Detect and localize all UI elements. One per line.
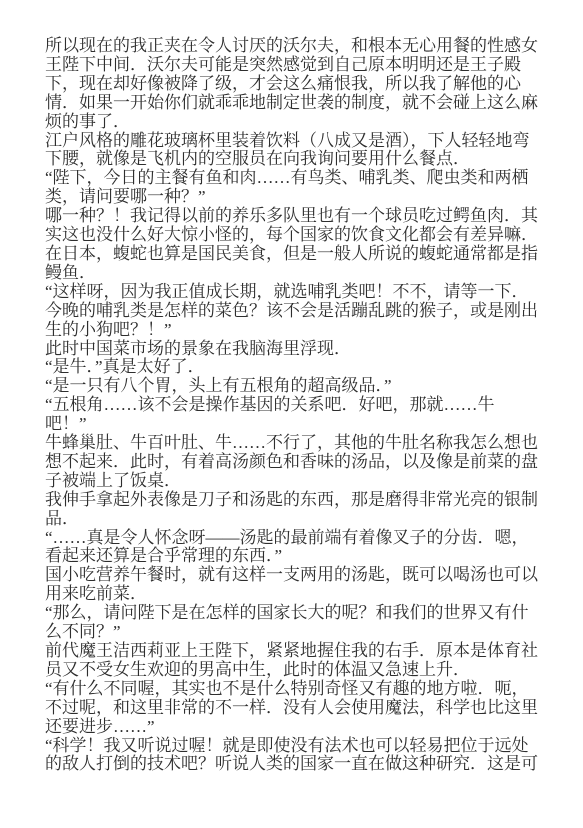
text-line: 前代魔王洁西莉亚上王陛下，紧紧地握住我的右手．原本是体育社 [45, 642, 547, 661]
text-line: “……真是令人怀念呀——汤匙的最前端有着像叉子的分齿．嗯， [45, 529, 547, 548]
text-line: 下腰，就像是飞机内的空服员在向我询问要用什么餐点． [45, 150, 547, 169]
text-line: 吧！” [45, 415, 547, 434]
text-line: 在日本，蝮蛇也算是国民美食，但是一般人所说的蝮蛇通常都是指 [45, 245, 547, 264]
text-line: 今晚的哺乳类是怎样的菜色？该不会是活蹦乱跳的猴子，或是刚出 [45, 302, 547, 321]
book-page: 所以现在的我正夹在令人讨厌的沃尔夫，和根本无心用餐的性感女王陛下中间．沃尔夫可能… [0, 0, 583, 828]
text-line: 么不同？” [45, 623, 547, 642]
text-line: 王陛下中间．沃尔夫可能是突然感觉到自己原本明明还是王子殿 [45, 56, 547, 75]
text-line: 此时中国菜市场的景象在我脑海里浮现． [45, 340, 547, 359]
text-line: “是牛．”真是太好了． [45, 358, 547, 377]
text-line: “有什么不同喔，其实也不是什么特别奇怪又有趣的地方啦．呃， [45, 680, 547, 699]
text-line: 烦的事了． [45, 113, 547, 132]
text-line: 用来吃前菜． [45, 585, 547, 604]
text-line: 哪一种？！我记得以前的养乐多队里也有一个球员吃过鳄鱼肉．其 [45, 207, 547, 226]
text-line: 看起来还算是合乎常理的东西．” [45, 547, 547, 566]
text-line: “科学！我又听说过喔！就是即使没有法术也可以轻易把位于远处 [45, 737, 547, 756]
text-line: “这样呀，因为我正值成长期，就选哺乳类吧！不不，请等一下． [45, 283, 547, 302]
text-block: 所以现在的我正夹在令人讨厌的沃尔夫，和根本无心用餐的性感女王陛下中间．沃尔夫可能… [45, 37, 547, 774]
text-line: 想不起来．此时，有着高汤颜色和香味的汤品，以及像是前菜的盘 [45, 453, 547, 472]
text-line: 鳗鱼． [45, 264, 547, 283]
text-line: 牛蜂巢肚、牛百叶肚、牛……不行了，其他的牛肚名称我怎么想也 [45, 434, 547, 453]
text-line: “五根角……该不会是操作基因的关系吧．好吧，那就……牛 [45, 396, 547, 415]
text-line: “是一只有八个胃，头上有五根角的超高级品．” [45, 377, 547, 396]
text-line: 生的小狗吧？！” [45, 321, 547, 340]
text-line: 国小吃营养午餐时，就有这样一支两用的汤匙，既可以喝汤也可以 [45, 566, 547, 585]
text-line: 员又不受女生欢迎的男高中生，此时的体温又急速上升． [45, 661, 547, 680]
text-line: 情．如果一开始你们就乖乖地制定世袭的制度，就不会碰上这么麻 [45, 94, 547, 113]
text-line: 下，现在却好像被降了级，才会这么痛恨我，所以我了解他的心 [45, 75, 547, 94]
text-line: 类，请问要哪一种？” [45, 188, 547, 207]
text-line: “那么，请问陛下是在怎样的国家长大的呢？和我们的世界又有什 [45, 604, 547, 623]
text-line: “陛下，今日的主餐有鱼和肉……有鸟类、哺乳类、爬虫类和两栖 [45, 169, 547, 188]
text-line: 我伸手拿起外表像是刀子和汤匙的东西，那是磨得非常光亮的银制 [45, 491, 547, 510]
text-line: 子被端上了饭桌． [45, 472, 547, 491]
text-line: 实这也没什么好大惊小怪的，每个国家的饮食文化都会有差异嘛． [45, 226, 547, 245]
text-line: 江户风格的雕花玻璃杯里装着饮料（八成又是酒），下人轻轻地弯 [45, 132, 547, 151]
text-line: 品． [45, 510, 547, 529]
text-line: 所以现在的我正夹在令人讨厌的沃尔夫，和根本无心用餐的性感女 [45, 37, 547, 56]
text-line: 不过呢，和这里非常的不一样．没有人会使用魔法，科学也比这里 [45, 699, 547, 718]
text-line: 还要进步……” [45, 718, 547, 737]
text-line: 的敌人打倒的技术吧？听说人类的国家一直在做这种研究．这是可 [45, 755, 547, 774]
